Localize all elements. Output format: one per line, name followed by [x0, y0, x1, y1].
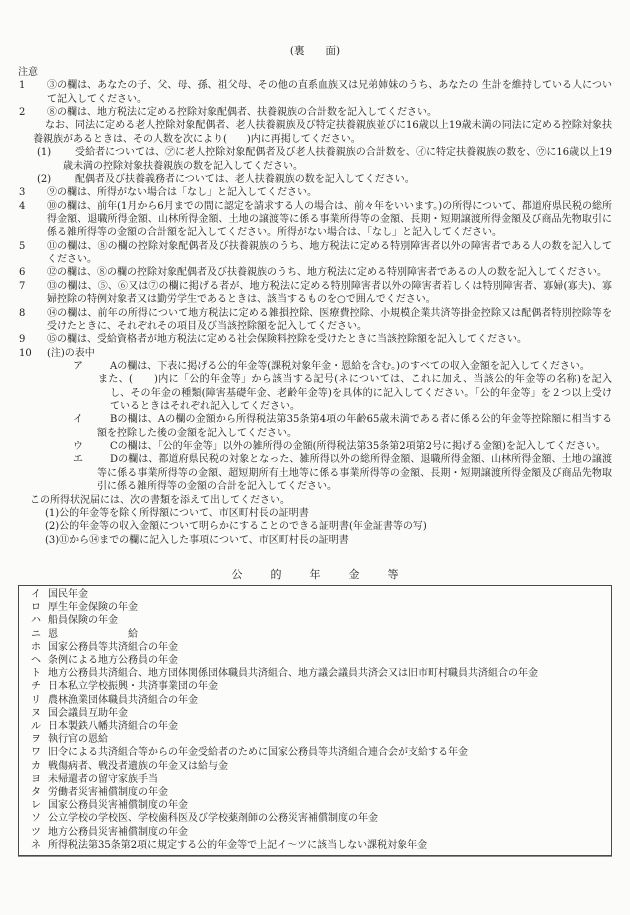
pension-row: ツ地方公務員災害補償制度の年金 [19, 826, 611, 839]
pension-row-kana: レ [31, 799, 48, 812]
note-text: Aの欄は、下表に掲げる公的年金等(課税対象年金・恩給を含む。)のすべての収入金額… [110, 361, 590, 372]
pension-row-kana: ワ [31, 746, 48, 759]
pension-row: ワ旧令による共済組合等からの年金受給者のために国家公務員等共済組合連合会が支給す… [19, 746, 611, 759]
pension-row-label: 日本私立学校振興・共済事業団の年金 [48, 681, 218, 692]
pension-row-kana: ロ [31, 601, 48, 614]
pension-row: チ日本私立学校振興・共済事業団の年金 [19, 680, 611, 693]
note-marker: 5 [33, 240, 47, 253]
notes-list: 1③の欄は、あなたの子、父、母、孫、祖父母、その他の直系血族又は兄弟姉妹のうち、… [18, 79, 612, 547]
pension-row-kana: チ [31, 680, 48, 693]
pension-row-label: 恩 給 [48, 629, 138, 640]
pension-row: タ労働者災害補償制度の年金 [19, 786, 611, 799]
pension-row-label: 船員保険の年金 [48, 615, 118, 626]
pension-row-kana: ル [31, 720, 48, 733]
pension-row: ヌ国会議員互助年金 [19, 707, 611, 720]
note-paragraph: 9⑮の欄は、受給資格者が地方税法に定める社会保険料控除を受けたときに当該控除額を… [18, 333, 612, 346]
pension-row-kana: リ [31, 694, 48, 707]
note-marker: 1 [33, 79, 47, 92]
note-text: Cの欄は、「公的年金等」以外の雑所得の金額(所得税法第35条第2項第2号に掲げる… [110, 441, 606, 452]
pension-row: ソ公立学校の学校医、学校歯科医及び学校薬剤師の公務災害補償制度の年金 [19, 812, 611, 825]
note-paragraph: 8⑭の欄は、前年の所得について地方税法に定める雑損控除、医療費控除、小規模企業共… [18, 307, 612, 334]
pension-row-label: 執行官の恩給 [48, 734, 108, 745]
pension-row-label: 戦傷病者、戦没者遺族の年金又は給与金 [48, 761, 228, 772]
page-title: (裏 面) [18, 44, 612, 58]
note-marker: 7 [33, 280, 47, 293]
pension-row-label: 国家公務員等共済組合の年金 [48, 642, 178, 653]
note-text: 受給者については、㋐に老人控除対象配偶者及び老人扶養親族の合計数を、㋑に特定扶養… [63, 147, 612, 171]
note-text: ⑬の欄は、⑤、⑥又は⑦の欄に掲げる者が、地方税法に定める特別障害者以外の障害者若… [47, 281, 612, 305]
pension-row-label: 厚生年金保険の年金 [48, 602, 138, 613]
pension-row-kana: ト [31, 667, 48, 680]
note-paragraph: エDの欄は、都道府県民税の対象となった、雑所得以外の総所得金額、退職所得金額、山… [18, 453, 612, 493]
note-paragraph: 6⑫の欄は、⑧の欄の控除対象配偶者及び扶養親族のうち、地方税法に定める特別障害者… [18, 266, 612, 279]
pension-row: イ国民年金 [19, 588, 611, 601]
document-page: (裏 面) 注意 1③の欄は、あなたの子、父、母、孫、祖父母、その他の直系血族又… [0, 0, 630, 915]
pension-row-label: 地方公務員災害補償制度の年金 [48, 827, 188, 838]
note-marker: ア [85, 360, 110, 373]
note-marker: 3 [33, 186, 47, 199]
pension-row-kana: ハ [31, 614, 48, 627]
note-text: ⑪の欄は、⑧の欄の控除対象配偶者及び扶養親族のうち、地方税法に定める特別障害者以… [47, 241, 612, 265]
note-text: ③の欄は、あなたの子、父、母、孫、祖父母、その他の直系血族又は兄弟姉妹のうち、あ… [47, 80, 612, 104]
pension-table: イ国民年金ロ厚生年金保険の年金ハ船員保険の年金ニ恩 給ホ国家公務員等共済組合の年… [18, 585, 612, 856]
note-marker: ウ [85, 440, 110, 453]
pension-row: レ国家公務員災害補償制度の年金 [19, 799, 611, 812]
pension-row-label: 日本製鉄八幡共済組合の年金 [48, 721, 178, 732]
note-text: ⑫の欄は、⑧の欄の控除対象配偶者及び扶養親族のうち、地方税法に定める特別障害者で… [47, 267, 607, 278]
pension-row-label: 公立学校の学校医、学校歯科医及び学校薬剤師の公務災害補償制度の年金 [48, 813, 378, 824]
pension-row: ト地方公務員共済組合、地方団体関係団体職員共済組合、地方議会議員共済会又は旧市町… [19, 667, 611, 680]
note-marker: 6 [33, 266, 47, 279]
pension-row-label: 地方公務員共済組合、地方団体関係団体職員共済組合、地方議会議員共済会又は旧市町村… [48, 668, 538, 679]
note-paragraph: 10(注)の表中 [18, 347, 612, 360]
note-paragraph: なお、同法に定める老人控除対象配偶者、老人扶養親族及び特定扶養親族並びに16歳以… [18, 119, 612, 146]
pension-row: ネ所得税法第35条第2項に規定する公的年金等で上記イ～ツに該当しない課税対象年金 [19, 839, 611, 852]
pension-row-label: 条例による地方公務員の年金 [48, 655, 178, 666]
note-marker: 4 [33, 200, 47, 213]
note-paragraph: 3⑨の欄は、所得がない場合は「なし」と記入してください。 [18, 186, 612, 199]
note-marker: (1) [50, 146, 75, 159]
note-paragraph: 7⑬の欄は、⑤、⑥又は⑦の欄に掲げる者が、地方税法に定める特別障害者以外の障害者… [18, 280, 612, 307]
pension-row-label: 旧令による共済組合等からの年金受給者のために国家公務員等共済組合連合会が支給する… [48, 747, 468, 758]
note-marker: (2) [50, 173, 75, 186]
note-text: ⑮の欄は、受給資格者が地方税法に定める社会保険料控除を受けたときに当該控除額を記… [47, 334, 527, 345]
note-marker: 2 [33, 106, 47, 119]
note-paragraph: (2)公的年金等の収入金額について明らかにすることのできる証明書(年金証書等の写… [18, 520, 612, 533]
note-paragraph: アAの欄は、下表に掲げる公的年金等(課税対象年金・恩給を含む。)のすべての収入金… [18, 360, 612, 373]
pension-row-label: 労働者災害補償制度の年金 [48, 787, 168, 798]
pension-table-section: 公的年金等 イ国民年金ロ厚生年金保険の年金ハ船員保険の年金ニ恩 給ホ国家公務員等… [18, 568, 612, 856]
pension-row: ル日本製鉄八幡共済組合の年金 [19, 720, 611, 733]
note-text: (注)の表中 [47, 348, 95, 359]
pension-row-kana: ツ [31, 826, 48, 839]
note-text: Dの欄は、都道府県民税の対象となった、雑所得以外の総所得金額、退職所得金額、山林… [97, 454, 612, 492]
pension-row-label: 国会議員互助年金 [48, 708, 128, 719]
pension-row: リ農林漁業団体職員共済組合の年金 [19, 694, 611, 707]
pension-row: カ戦傷病者、戦没者遺族の年金又は給与金 [19, 760, 611, 773]
pension-row-kana: ヌ [31, 707, 48, 720]
note-paragraph: (1)公的年金等を除く所得額について、市区町村長の証明書 [18, 507, 612, 520]
note-paragraph: イBの欄は、Aの欄の金額から所得税法第35条第4項の年齢65歳未満である者に係る… [18, 413, 612, 440]
note-text: ⑩の欄は、前年(1月から6月までの間に認定を請求する人の場合は、前々年をいいます… [47, 201, 612, 239]
pension-row: ニ恩 給 [19, 628, 611, 641]
pension-row: ヲ執行官の恩給 [19, 733, 611, 746]
notice-label: 注意 [18, 66, 612, 79]
pension-row-kana: ヲ [31, 733, 48, 746]
note-text: 配偶者及び扶養義務者については、老人扶養親族の数を記入してください。 [75, 174, 415, 185]
pension-row-label: 所得税法第35条第2項に規定する公的年金等で上記イ～ツに該当しない課税対象年金 [48, 840, 427, 851]
note-paragraph: ウCの欄は、「公的年金等」以外の雑所得の金額(所得税法第35条第2項第2号に掲げ… [18, 440, 612, 453]
pension-row-label: 国民年金 [48, 589, 88, 600]
pension-row-kana: イ [31, 588, 48, 601]
note-marker: エ [85, 453, 110, 466]
pension-row-kana: ネ [31, 839, 48, 852]
pension-row: ロ厚生年金保険の年金 [19, 601, 611, 614]
note-text: (3)⑪から⑭までの欄に記入した事項について、市区町村長の証明書 [45, 535, 349, 546]
note-marker: 10 [33, 347, 47, 360]
note-paragraph: 4⑩の欄は、前年(1月から6月までの間に認定を請求する人の場合は、前々年をいいま… [18, 200, 612, 240]
note-text: ⑭の欄は、前年の所得について地方税法に定める雑損控除、医療費控除、小規模企業共済… [47, 308, 612, 332]
note-text: この所得状況届には、次の書類を添えて出してください。 [30, 495, 290, 506]
pension-row-label: 国家公務員災害補償制度の年金 [48, 800, 188, 811]
note-paragraph: (3)⑪から⑭までの欄に記入した事項について、市区町村長の証明書 [18, 534, 612, 547]
note-text: また、( )内に「公的年金等」から該当する記号(ネについては、これに加え、当該公… [98, 374, 612, 412]
pension-table-title: 公的年金等 [18, 568, 612, 582]
note-marker: イ [85, 413, 110, 426]
note-marker: 9 [33, 333, 47, 346]
pension-row-kana: ホ [31, 641, 48, 654]
pension-row-label: 農林漁業団体職員共済組合の年金 [48, 695, 198, 706]
pension-row: ハ船員保険の年金 [19, 614, 611, 627]
note-text: (1)公的年金等を除く所得額について、市区町村長の証明書 [45, 508, 309, 519]
note-marker: 8 [33, 307, 47, 320]
note-text: ⑨の欄は、所得がない場合は「なし」と記入してください。 [47, 187, 317, 198]
pension-row-kana: ニ [31, 628, 48, 641]
note-paragraph: (1)受給者については、㋐に老人控除対象配偶者及び老人扶養親族の合計数を、㋑に特… [18, 146, 612, 173]
pension-row-kana: カ [31, 760, 48, 773]
note-paragraph: 2⑧の欄は、地方税法に定める控除対象配偶者、扶養親族の合計数を記入してください。 [18, 106, 612, 119]
note-paragraph: また、( )内に「公的年金等」から該当する記号(ネについては、これに加え、当該公… [18, 373, 612, 413]
note-paragraph: 1③の欄は、あなたの子、父、母、孫、祖父母、その他の直系血族又は兄弟姉妹のうち、… [18, 79, 612, 106]
pension-row: ホ国家公務員等共済組合の年金 [19, 641, 611, 654]
pension-row: ヘ条例による地方公務員の年金 [19, 654, 611, 667]
pension-row-label: 未帰還者の留守家族手当 [48, 774, 158, 785]
note-text: (2)公的年金等の収入金額について明らかにすることのできる証明書(年金証書等の写… [45, 521, 427, 532]
pension-row-kana: ソ [31, 812, 48, 825]
pension-row-kana: タ [31, 786, 48, 799]
note-text: なお、同法に定める老人控除対象配偶者、老人扶養親族及び特定扶養親族並びに16歳以… [33, 120, 612, 144]
note-text: ⑧の欄は、地方税法に定める控除対象配偶者、扶養親族の合計数を記入してください。 [47, 107, 437, 118]
note-paragraph: 5⑪の欄は、⑧の欄の控除対象配偶者及び扶養親族のうち、地方税法に定める特別障害者… [18, 240, 612, 267]
note-text: Bの欄は、Aの欄の金額から所得税法第35条第4項の年齢65歳未満である者に係る公… [97, 414, 612, 438]
note-paragraph: (2)配偶者及び扶養義務者については、老人扶養親族の数を記入してください。 [18, 173, 612, 186]
note-paragraph: この所得状況届には、次の書類を添えて出してください。 [18, 494, 612, 507]
pension-row-kana: ヨ [31, 773, 48, 786]
pension-row: ヨ未帰還者の留守家族手当 [19, 773, 611, 786]
pension-row-kana: ヘ [31, 654, 48, 667]
